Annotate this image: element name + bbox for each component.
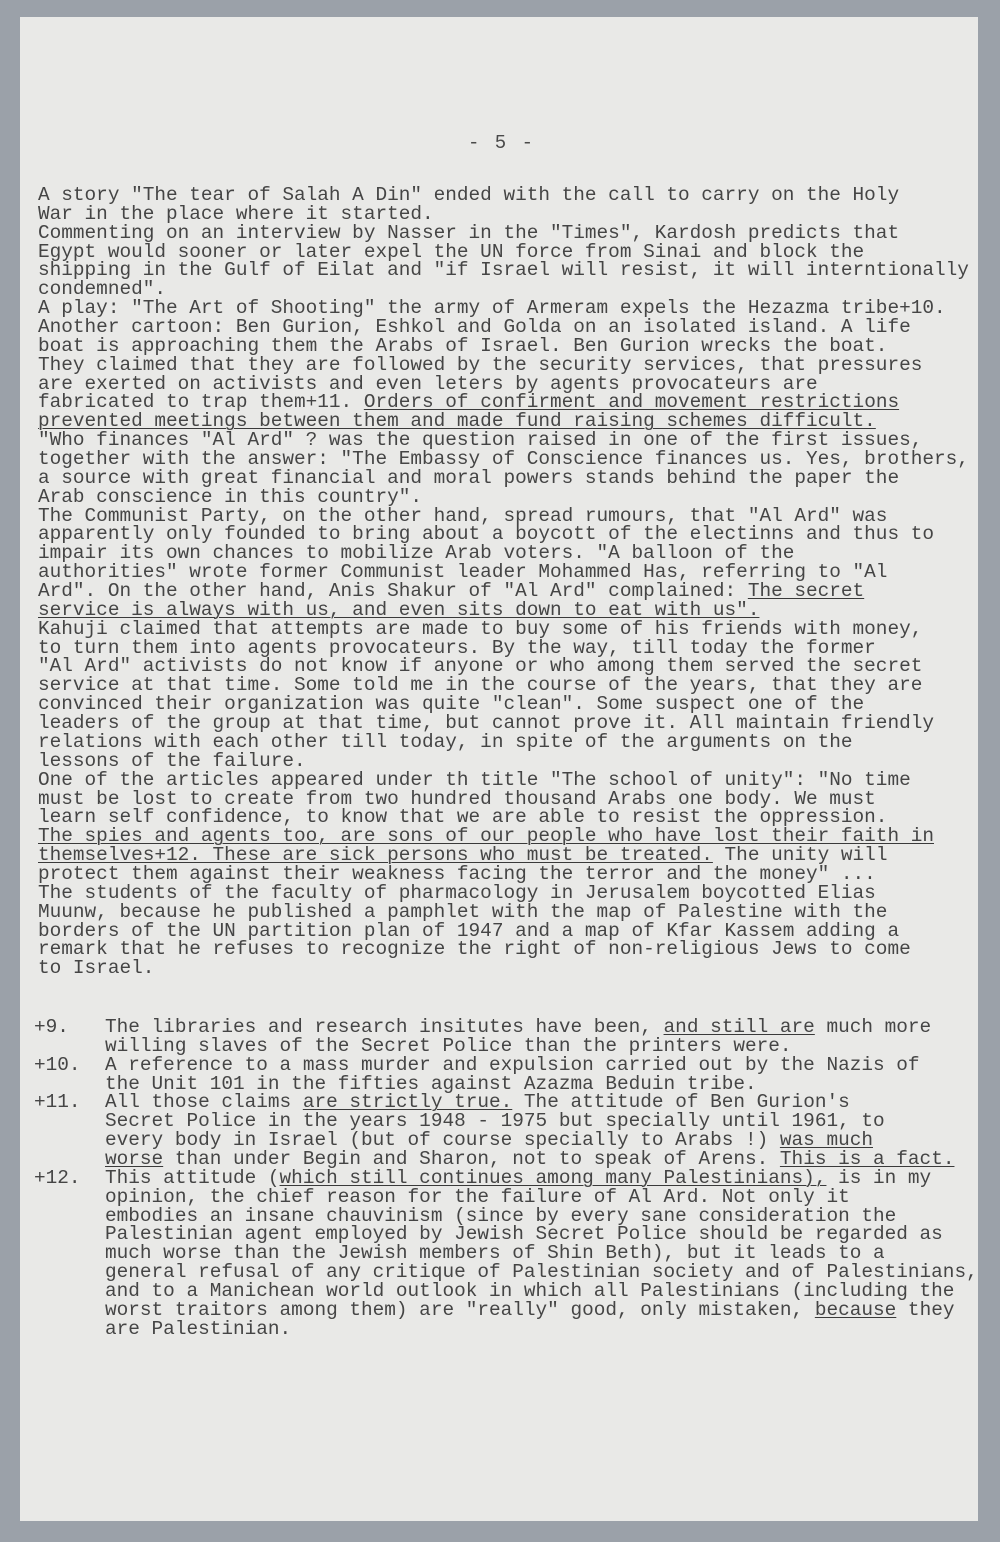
footnotes: +9.The libraries and research insitutes … xyxy=(34,1018,978,1339)
text-line: remark that he refuses to recognize the … xyxy=(38,940,978,959)
footnote-label: +9. xyxy=(34,1018,105,1056)
footnote: +11.All those claims are strictly true. … xyxy=(34,1093,978,1168)
text-span: much more xyxy=(815,1016,931,1038)
text-span: remark that he refuses to recognize the … xyxy=(38,938,911,960)
footnote-body: The libraries and research insitutes hav… xyxy=(105,1018,978,1056)
footnote-body: All those claims are strictly true. The … xyxy=(105,1093,978,1168)
text-line: shipping in the Gulf of Eilat and "if Is… xyxy=(38,261,978,280)
footnote-label: +11. xyxy=(34,1093,105,1168)
text-span: shipping in the Gulf of Eilat and "if Is… xyxy=(38,259,969,281)
text-line: to Israel. xyxy=(38,959,978,978)
footnote-body: A reference to a mass murder and expulsi… xyxy=(105,1056,978,1094)
footnote-body: This attitude (which still continues amo… xyxy=(105,1169,978,1339)
text-span: they xyxy=(896,1299,954,1321)
page-number: - 5 - xyxy=(468,132,535,154)
footnote-label: +12. xyxy=(34,1169,105,1339)
footnote: +10.A reference to a mass murder and exp… xyxy=(34,1056,978,1094)
text-span: to Israel. xyxy=(38,957,154,979)
footnote: +12.This attitude (which still continues… xyxy=(34,1169,978,1339)
body-text: A story "The tear of Salah A Din" ended … xyxy=(38,186,978,978)
text-span: are Palestinian. xyxy=(105,1318,291,1340)
text-line: are Palestinian. xyxy=(105,1320,978,1339)
footnote: +9.The libraries and research insitutes … xyxy=(34,1018,978,1056)
underlined-text: because xyxy=(815,1299,896,1321)
footnote-label: +10. xyxy=(34,1056,105,1094)
underlined-text: The secret xyxy=(748,580,864,602)
